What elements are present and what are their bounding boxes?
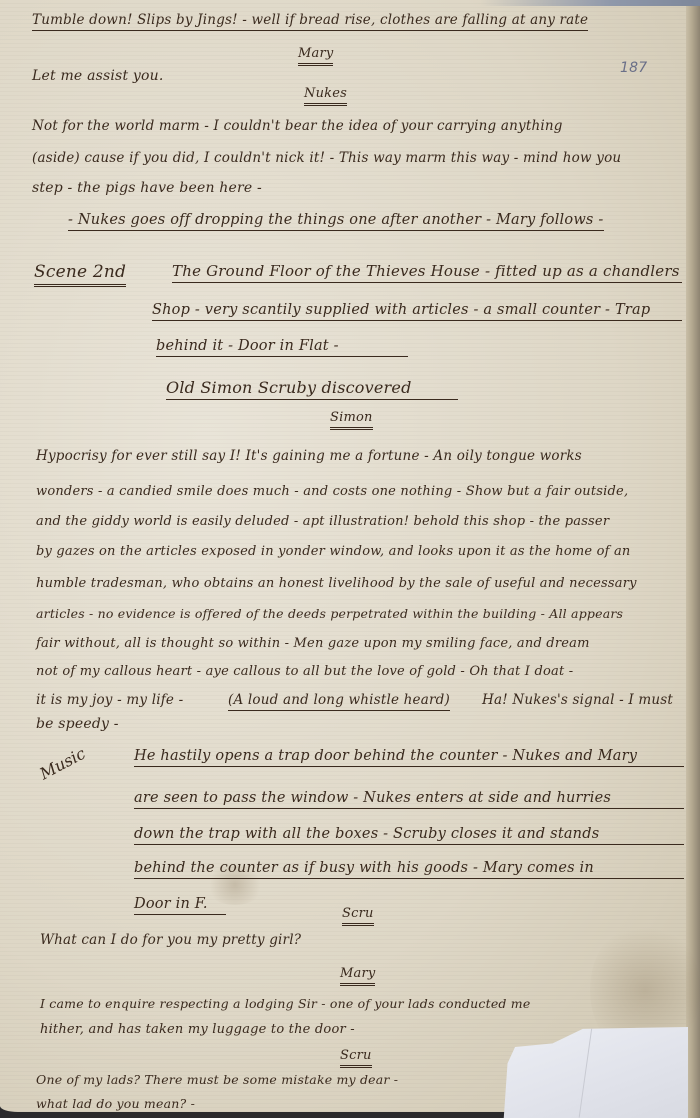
scene-description: Old Simon Scruby discovered <box>166 378 458 400</box>
dialogue-line: not of my callous heart - aye callous to… <box>36 664 573 679</box>
stage-direction: He hastily opens a trap door behind the … <box>134 748 684 767</box>
stage-direction: are seen to pass the window - Nukes ente… <box>134 790 684 809</box>
dialogue-line: articles - no evidence is offered of the… <box>36 606 623 621</box>
stage-direction: down the trap with all the boxes - Scrub… <box>134 826 684 845</box>
dialogue-line: Ha! Nukes's signal - I must <box>482 692 673 708</box>
character-name-mary: Mary <box>298 46 333 66</box>
scene-description: The Ground Floor of the Thieves House - … <box>172 262 682 283</box>
character-name-simon: Simon <box>330 410 373 430</box>
dialogue-line: Not for the world marm - I couldn't bear… <box>32 118 563 134</box>
dialogue-line: be speedy - <box>36 716 119 732</box>
binding-strip <box>480 0 700 6</box>
character-name-scruby: Scru <box>340 1048 372 1068</box>
scene-label: Scene 2nd <box>34 262 126 287</box>
dialogue-line: fair without, all is thought so within -… <box>36 636 590 651</box>
dialogue-line: step - the pigs have been here - <box>32 180 262 196</box>
dialogue-line: (aside) cause if you did, I couldn't nic… <box>32 150 621 166</box>
dialogue-line: by gazes on the articles exposed in yond… <box>36 544 631 559</box>
stage-direction: behind the counter as if busy with his g… <box>134 860 684 879</box>
dialogue-line: wonders - a candied smile does much - an… <box>36 484 628 499</box>
line-text: Tumble down! Slips by Jings! - well if b… <box>32 12 588 28</box>
dialogue-line: I came to enquire respecting a lodging S… <box>40 996 530 1011</box>
stage-direction-inline: (A loud and long whistle heard) <box>228 692 450 711</box>
dialogue-line: it is my joy - my life - <box>36 692 183 708</box>
dialogue-line: What can I do for you my pretty girl? <box>40 932 301 948</box>
dialogue-line: what lad do you mean? - <box>36 1096 195 1111</box>
dialogue-line: Hypocrisy for ever still say I! It's gai… <box>36 448 582 464</box>
dialogue-line: hither, and has taken my luggage to the … <box>40 1022 355 1037</box>
scene-description: Shop - very scantily supplied with artic… <box>152 302 682 321</box>
dialogue-line: Let me assist you. <box>32 68 164 84</box>
dialogue-line: Tumble down! Slips by Jings! - well if b… <box>32 12 588 31</box>
stage-direction: Door in F. <box>134 896 226 915</box>
character-name-scruby: Scru <box>342 906 374 926</box>
dialogue-line: and the giddy world is easily deluded - … <box>36 514 609 529</box>
stage-direction: - Nukes goes off dropping the things one… <box>68 212 604 231</box>
scene-description: behind it - Door in Flat - <box>156 338 408 357</box>
dialogue-line: One of my lads? There must be some mista… <box>36 1072 398 1087</box>
dialogue-line: humble tradesman, who obtains an honest … <box>36 576 637 591</box>
character-name-mary: Mary <box>340 966 375 986</box>
character-name-nukes: Nukes <box>304 86 347 106</box>
page-number: 187 <box>620 60 647 76</box>
